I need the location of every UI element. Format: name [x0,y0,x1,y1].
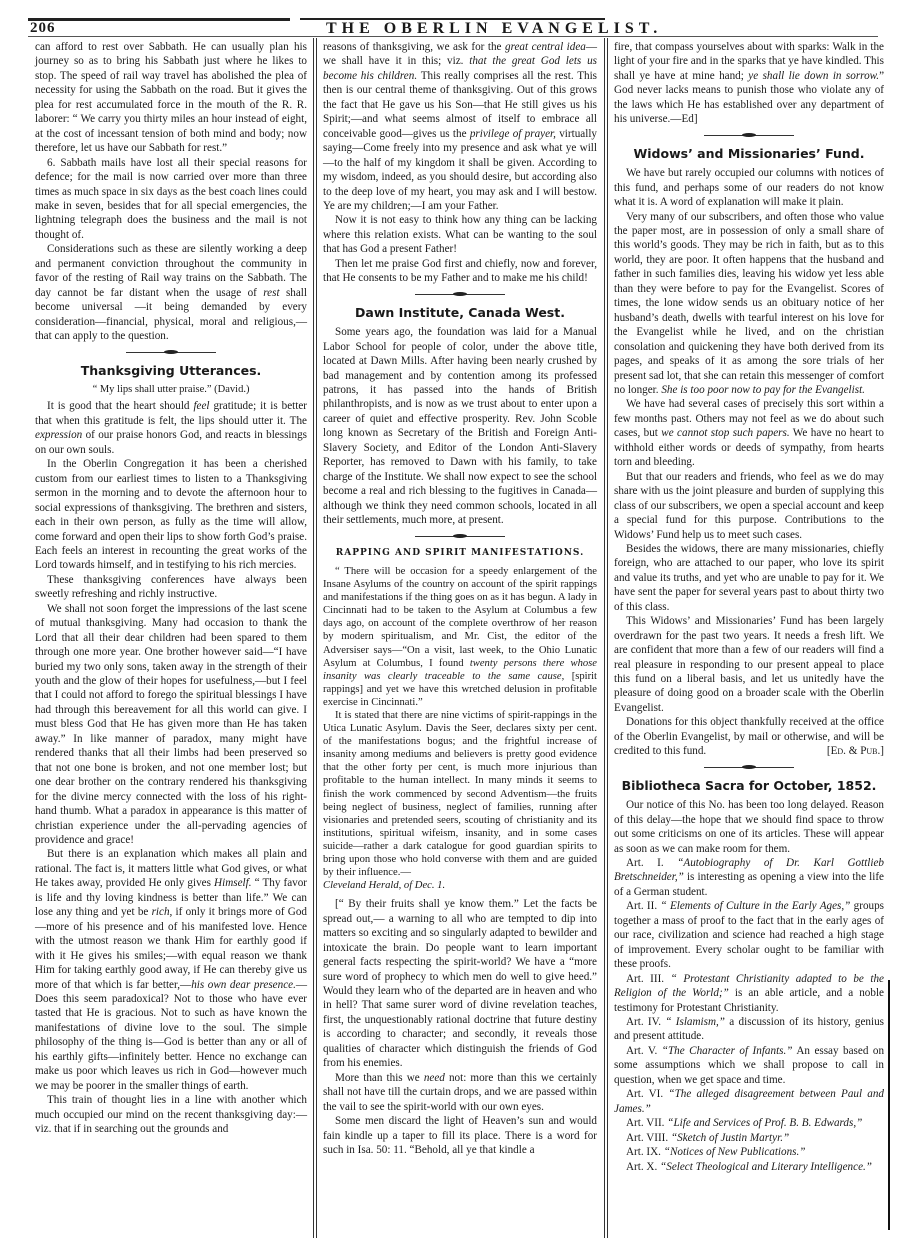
column-1: can afford to rest over Sabbath. He can … [35,40,307,1137]
paragraph: This train of thought lies in a line wit… [35,1093,307,1136]
paragraph: Some men discard the light of Heaven’s s… [323,1114,597,1157]
article-list: Art. I. “Autobiography of Dr. Karl Gottl… [614,856,884,1174]
column-2: reasons of thanksgiving, we ask for the … [323,40,597,1157]
paragraph: In the Oberlin Congregation it has been … [35,457,307,573]
right-edge-rule [888,980,890,1230]
paragraph: These thanksgiving conferences have alwa… [35,573,307,602]
section-divider [323,532,597,542]
article-entry: Art. II. “ Elements of Culture in the Ea… [614,899,884,971]
page-number: 206 [30,20,56,37]
header-underline [28,36,878,37]
paragraph: Now it is not easy to think how any thin… [323,213,597,256]
paragraph: Some years ago, the foundation was laid … [323,325,597,527]
column-divider-2b [607,38,608,1238]
article-entry: Art. V. “The Character of Infants.” An e… [614,1044,884,1087]
article-heading-bibliotheca-sacra: Bibliotheca Sacra for October, 1852. [614,779,884,793]
paragraph: Very many of our subscribers, and often … [614,210,884,398]
article-heading-thanksgiving: Thanksgiving Utterances. [35,364,307,378]
paragraph: can afford to rest over Sabbath. He can … [35,40,307,156]
article-entry: Art. III. “ Protestant Christianity adap… [614,972,884,1015]
paragraph: Besides the widows, there are many missi… [614,542,884,614]
signature: [Ed. & Pub.] [815,744,884,758]
paragraph: fire, that compass yourselves about with… [614,40,884,127]
header-rule-left [28,18,290,21]
newspaper-page: 206 THE OBERLIN EVANGELIST. can afford t… [0,0,900,1247]
article-entry: Art. IV. “ Islamism,” a discussion of it… [614,1015,884,1044]
paragraph: We shall not soon forget the impressions… [35,602,307,848]
section-divider [35,348,307,358]
paragraph: It is good that the heart should feel gr… [35,399,307,457]
article-entry: Art. VIII. “Sketch of Justin Martyr.” [614,1131,884,1145]
article-heading-widows-fund: Widows’ and Missionaries’ Fund. [614,147,884,161]
column-divider-2 [604,38,605,1238]
column-divider-1 [313,38,314,1238]
section-divider [614,131,884,141]
paragraph: Our notice of this No. has been too long… [614,798,884,856]
paragraph: [“ By their fruits shall ye know them.” … [323,897,597,1070]
article-entry: Art. VII. “Life and Services of Prof. B.… [614,1116,884,1130]
article-entry: Art. X. “Select Theological and Literary… [614,1160,884,1174]
article-entry: Art. IX. “Notices of New Publications.” [614,1145,884,1159]
paragraph: More than this we need not: more than th… [323,1071,597,1114]
paragraph: We have but rarely occupied our columns … [614,166,884,209]
epigraph: “ My lips shall utter praise.” (David.) [35,383,307,397]
source-citation: Cleveland Herald, of Dec. 1. [323,880,445,891]
paragraph: We have had several cases of precisely t… [614,397,884,469]
section-divider [323,290,597,300]
article-heading-dawn-institute: Dawn Institute, Canada West. [323,306,597,320]
paragraph: Donations for this object thankfully rec… [614,715,884,758]
column-3: fire, that compass yourselves about with… [614,40,884,1174]
paragraph: Then let me praise God first and chiefly… [323,257,597,286]
paragraph: This Widows’ and Missionaries’ Fund has … [614,614,884,715]
article-entry: Art. VI. “The alleged disagreement betwe… [614,1087,884,1116]
paragraph: It is stated that there are nine victims… [323,709,597,892]
paragraph: But that our readers and friends, who fe… [614,470,884,542]
article-heading-rapping: RAPPING AND SPIRIT MANIFESTATIONS. [323,546,597,560]
paragraph: Considerations such as these are silentl… [35,242,307,343]
paragraph: But there is an explanation which makes … [35,847,307,1093]
article-entry: Art. I. “Autobiography of Dr. Karl Gottl… [614,856,884,899]
column-divider-1b [316,38,317,1238]
paragraph: “ There will be occasion for a speedy en… [323,565,597,709]
paragraph: reasons of thanksgiving, we ask for the … [323,40,597,213]
section-divider [614,763,884,773]
paragraph: 6. Sabbath mails have lost all their spe… [35,156,307,243]
